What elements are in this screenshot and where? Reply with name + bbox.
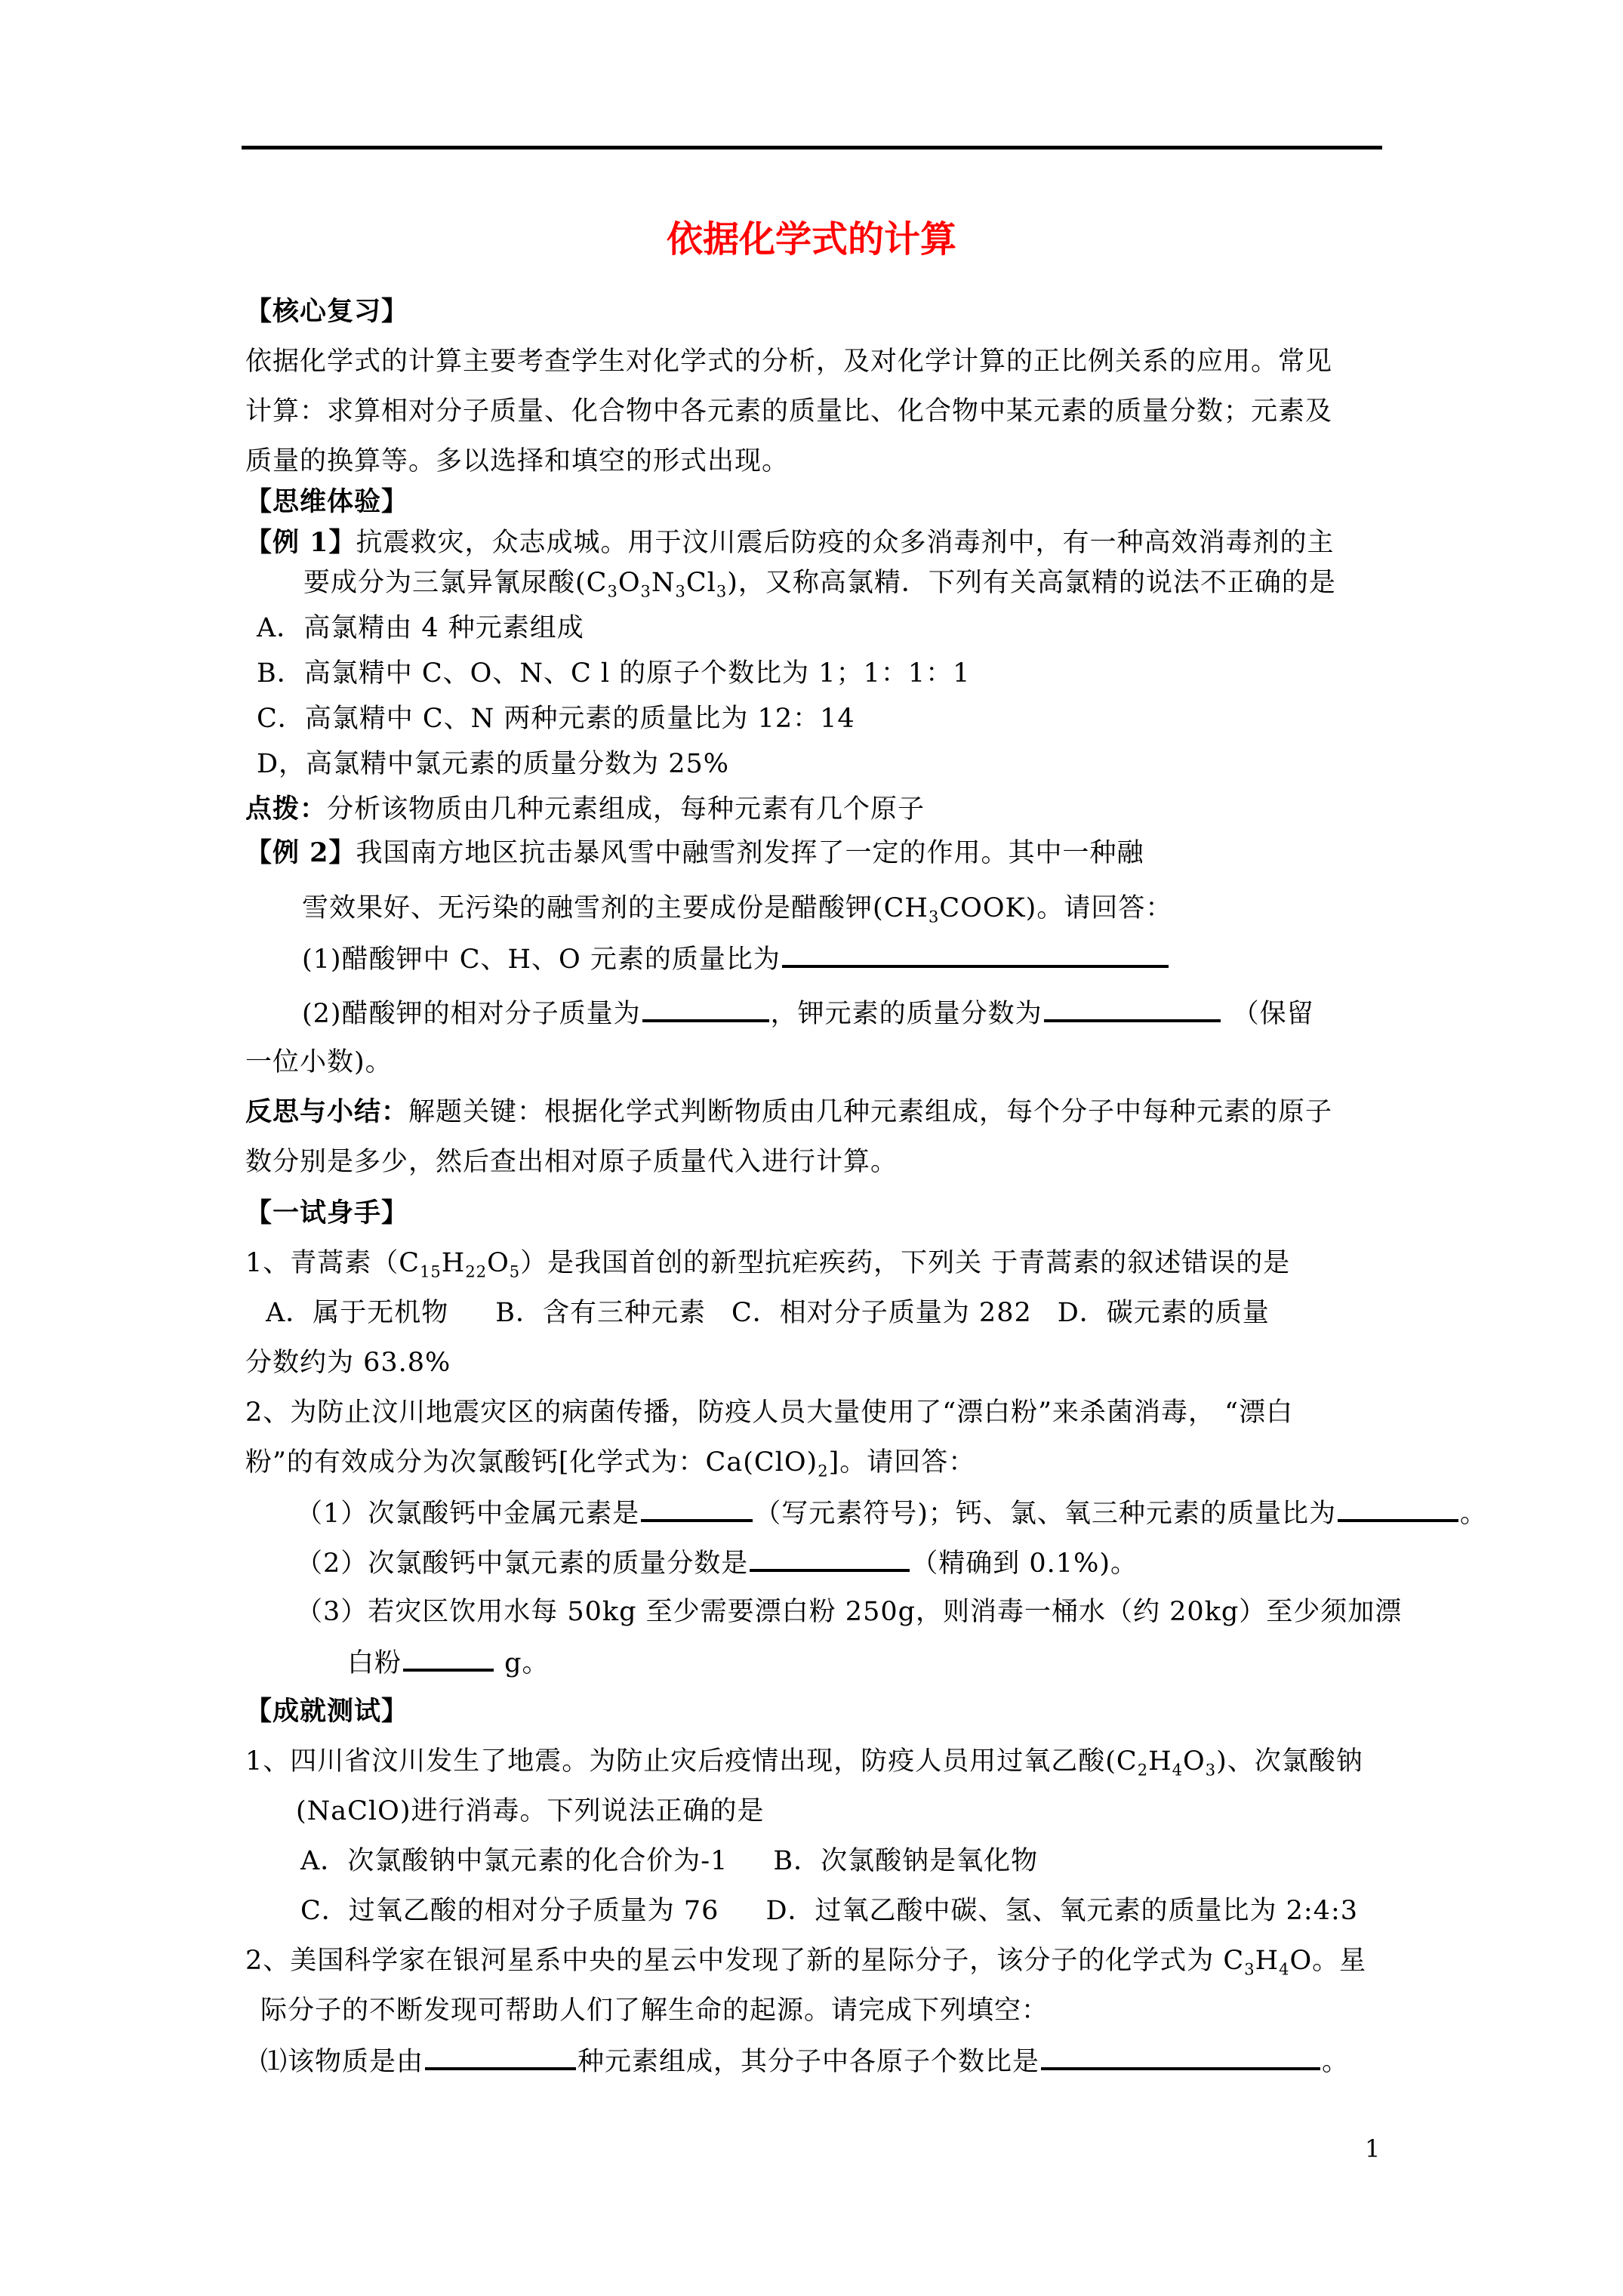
achievement-question-2-line-2: 际分子的不断发现可帮助人们了解生命的起源。请完成下列填空： xyxy=(260,1992,1049,2029)
example-1-text-pre: 要成分为三氯异氰尿酸( xyxy=(303,568,587,598)
option-c: C．过氧乙酸的相对分子质量为 76 xyxy=(300,1896,719,1926)
example-2-line-1: 【例 2】我国南方地区抗击暴风雪中融雪剂发挥了一定的作用。其中一种融 xyxy=(245,834,1144,872)
core-review-line-2: 计算：求算相对分子质量、化合物中各元素的质量比、化合物中某元素的质量分数；元素及 xyxy=(245,393,1332,430)
page-title: 依据化学式的计算 xyxy=(0,213,1623,266)
example-1-text: 抗震救灾，众志成城。用于汶川震后防疫的众多消毒剂中，有一种高效消毒剂的主 xyxy=(356,528,1335,558)
example-1-option-b: B．高氯精中 C、O、N、C l 的原子个数比为 1；1：1：1 xyxy=(257,655,970,692)
core-review-line-3: 质量的换算等。多以选择和填空的形式出现。 xyxy=(245,442,789,480)
answer-blank[interactable] xyxy=(425,2042,576,2070)
try-it-question-2-sub-1: （1）次氯酸钙中金属元素是（写元素符号)；钙、氯、氧三种元素的质量比为。 xyxy=(296,1493,1487,1531)
try-it-question-2-sub-2: （2）次氯酸钙中氯元素的质量分数是（精确到 0.1%)。 xyxy=(296,1543,1138,1581)
example-1-option-d: D，高氯精中氯元素的质量分数为 25% xyxy=(257,745,729,783)
example-1-option-a: A．高氯精由 4 种元素组成 xyxy=(257,609,584,647)
page-number: 1 xyxy=(1365,2134,1380,2164)
section-heading-thinking: 【思维体验】 xyxy=(245,483,408,521)
hint-label: 点拨： xyxy=(245,794,327,824)
try-it-question-1-options-cont: 分数约为 63.8% xyxy=(245,1344,451,1382)
option-b: B．含有三种元素 xyxy=(495,1298,706,1328)
option-c: C．相对分子质量为 282 xyxy=(731,1298,1032,1328)
answer-blank[interactable] xyxy=(403,1643,494,1672)
example-1-label: 【例 1】 xyxy=(245,527,356,558)
example-1-hint: 点拨：分析该物质由几种元素组成，每种元素有几个原子 xyxy=(245,791,925,828)
section-heading-try-it: 【一试身手】 xyxy=(245,1194,408,1232)
chemical-formula: C3O3N3Cl3 xyxy=(587,568,728,598)
example-1-option-c: C．高氯精中 C、N 两种元素的质量比为 12：14 xyxy=(257,700,855,738)
achievement-question-1-line-2: (NaClO)进行消毒。下列说法正确的是 xyxy=(296,1792,764,1830)
try-it-question-2-sub-3-cont: 白粉 g。 xyxy=(347,1643,550,1681)
answer-blank[interactable] xyxy=(750,1543,910,1572)
hint-text: 分析该物质由几种元素组成，每种元素有几个原子 xyxy=(327,794,925,824)
answer-blank[interactable] xyxy=(1041,2042,1320,2070)
answer-blank[interactable] xyxy=(1338,1493,1458,1522)
achievement-question-1-options-cd: C．过氧乙酸的相对分子质量为 76D．过氧乙酸中碳、氢、氧元素的质量比为 2:4… xyxy=(300,1892,1358,1930)
header-rule xyxy=(242,146,1382,149)
document-page: 依据化学式的计算 【核心复习】 依据化学式的计算主要考查学生对化学式的分析，及对… xyxy=(0,0,1623,2296)
example-1-text-post: )，又称高氯精．下列有关高氯精的说法不正确的是 xyxy=(727,568,1336,598)
example-1-line-2: 要成分为三氯异氰尿酸(C3O3N3Cl3)，又称高氯精．下列有关高氯精的说法不正… xyxy=(303,564,1336,602)
option-d: D．碳元素的质量 xyxy=(1058,1298,1270,1328)
option-b: B．次氯酸钠是氧化物 xyxy=(773,1846,1038,1876)
example-2-text: 我国南方地区抗击暴风雪中融雪剂发挥了一定的作用。其中一种融 xyxy=(356,838,1144,868)
achievement-question-2-line-1: 2、美国科学家在银河星系中央的星云中发现了新的星际分子，该分子的化学式为 C3H… xyxy=(245,1942,1366,1980)
option-a: A．属于无机物 xyxy=(266,1298,448,1328)
section-heading-achievement: 【成就测试】 xyxy=(245,1693,408,1730)
answer-blank[interactable] xyxy=(1044,994,1221,1022)
section-heading-core-review: 【核心复习】 xyxy=(245,293,408,331)
try-it-question-1-options: A．属于无机物B．含有三种元素C．相对分子质量为 282D．碳元素的质量 xyxy=(266,1294,1270,1332)
answer-blank[interactable] xyxy=(782,939,1169,968)
answer-blank[interactable] xyxy=(642,994,769,1022)
summary-line-1: 反思与小结：解题关键：根据化学式判断物质由几种元素组成，每个分子中每种元素的原子 xyxy=(245,1093,1332,1131)
core-review-line-1: 依据化学式的计算主要考查学生对化学式的分析，及对化学计算的正比例关系的应用。常见 xyxy=(245,343,1332,381)
example-2-question-1: (1)醋酸钾中 C、H、O 元素的质量比为 xyxy=(302,939,1170,977)
try-it-question-2-line-2: 粉”的有效成分为次氯酸钙[化学式为：Ca(ClO)2]。请回答： xyxy=(245,1444,975,1481)
example-2-label: 【例 2】 xyxy=(245,837,356,868)
example-1-line-1: 【例 1】抗震救灾，众志成城。用于汶川震后防疫的众多消毒剂中，有一种高效消毒剂的… xyxy=(245,524,1335,562)
example-2-line-2: 雪效果好、无污染的融雪剂的主要成份是醋酸钾(CH3COOK)。请回答： xyxy=(302,889,1172,927)
achievement-question-1-line-1: 1、四川省汶川发生了地震。为防止灾后疫情出现，防疫人员用过氧乙酸(C2H4O3)… xyxy=(245,1743,1363,1780)
try-it-question-2-line-1: 2、为防止汶川地震灾区的病菌传播，防疫人员大量使用了“漂白粉”来杀菌消毒， “漂… xyxy=(245,1394,1293,1432)
achievement-question-2-sub-1: ⑴该物质是由种元素组成，其分子中各原子个数比是。 xyxy=(260,2042,1349,2079)
example-2-question-2: (2)醋酸钾的相对分子质量为，钾元素的质量分数为（保留 xyxy=(302,994,1314,1031)
summary-label: 反思与小结： xyxy=(245,1096,408,1127)
summary-line-2: 数分别是多少，然后查出相对原子质量代入进行计算。 xyxy=(245,1143,898,1181)
option-a: A．次氯酸钠中氯元素的化合价为-1 xyxy=(300,1846,728,1876)
try-it-question-2-sub-3: （3）若灾区饮用水每 50kg 至少需要漂白粉 250g，则消毒一桶水（约 20… xyxy=(296,1593,1402,1631)
answer-blank[interactable] xyxy=(641,1493,753,1522)
option-d: D．过氧乙酸中碳、氢、氧元素的质量比为 2:4:3 xyxy=(765,1896,1358,1926)
achievement-question-1-options-ab: A．次氯酸钠中氯元素的化合价为-1B．次氯酸钠是氧化物 xyxy=(300,1842,1038,1880)
example-2-question-2-cont: 一位小数)。 xyxy=(245,1043,393,1081)
try-it-question-1: 1、青蒿素（C15H22O5）是我国首创的新型抗疟疾药，下列关 于青蒿素的叙述错… xyxy=(245,1244,1290,1282)
